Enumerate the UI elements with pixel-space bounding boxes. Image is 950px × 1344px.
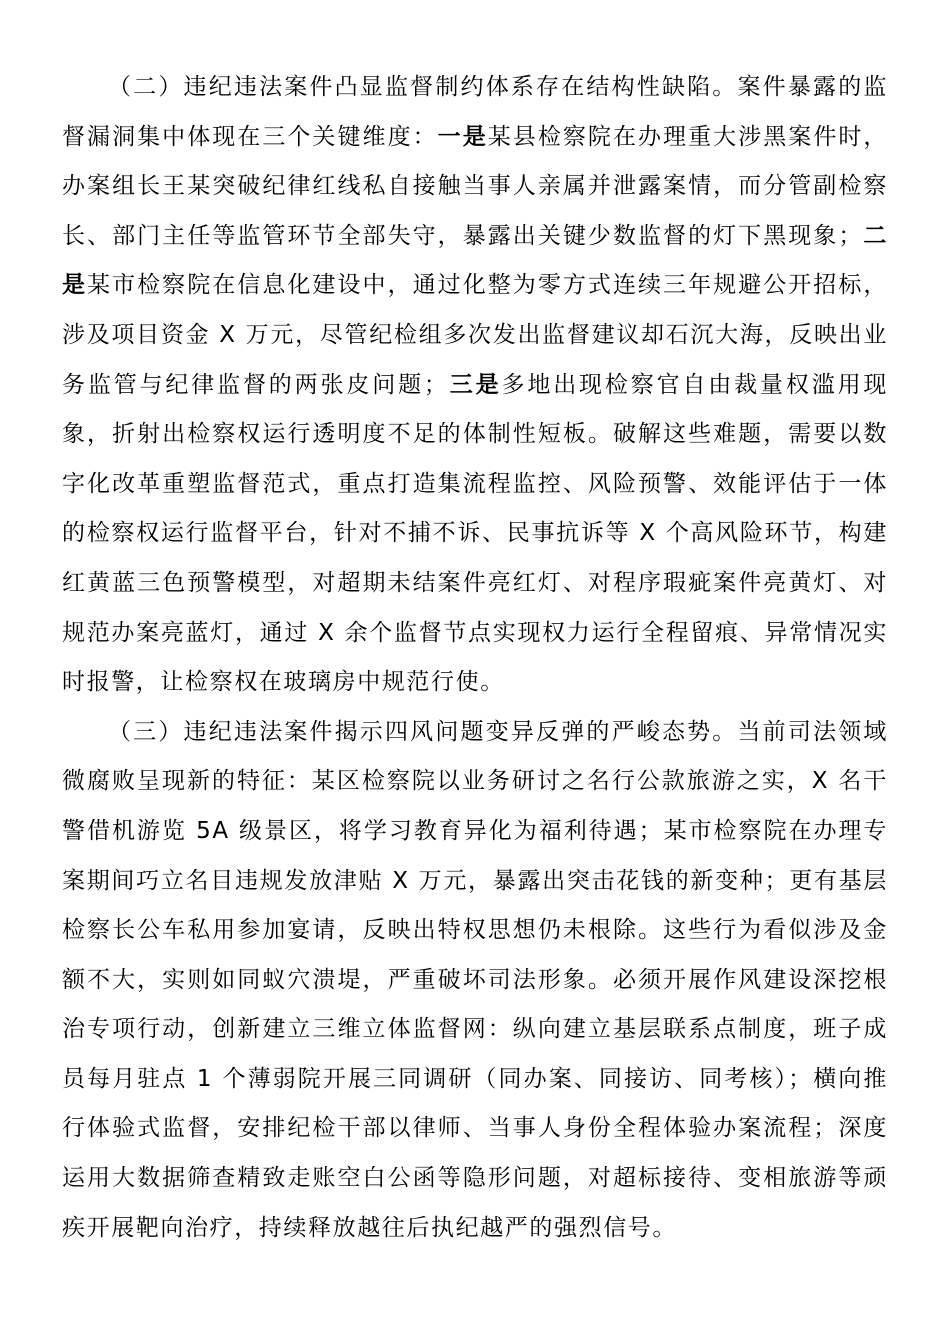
paragraph-section-2: （二）违纪违法案件凸显监督制约体系存在结构性缺陷。案件暴露的监督漏洞集中体现在三… xyxy=(62,63,888,708)
text-run: 一是 xyxy=(438,124,488,150)
text-run: 三是 xyxy=(449,372,502,398)
document-page: （二）违纪违法案件凸显监督制约体系存在结构性缺陷。案件暴露的监督漏洞集中体现在三… xyxy=(0,0,950,1344)
text-run: （三）违纪违法案件揭示四风问题变异反弹的严峻态势。当前司法领域微腐败呈现新的特征… xyxy=(62,719,888,1241)
paragraph-section-3: （三）违纪违法案件揭示四风问题变异反弹的严峻态势。当前司法领域微腐败呈现新的特征… xyxy=(62,708,888,1254)
text-run: 多地出现检察官自由裁量权滥用现象，折射出检察权运行透明度不足的体制性短板。破解这… xyxy=(62,372,888,696)
document-body: （二）违纪违法案件凸显监督制约体系存在结构性缺陷。案件暴露的监督漏洞集中体现在三… xyxy=(62,63,888,1253)
